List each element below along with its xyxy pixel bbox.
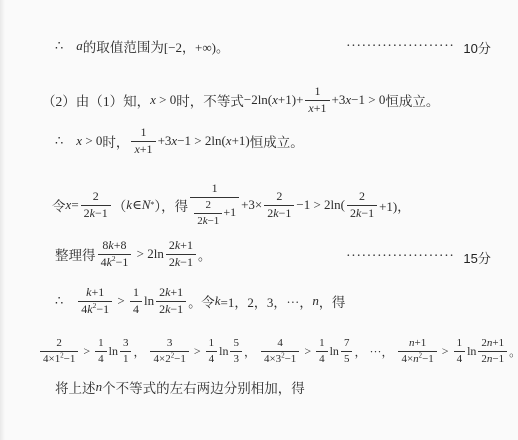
- math-run: +3: [332, 92, 346, 108]
- numerator: 1: [190, 182, 239, 198]
- final-instruction-line: 将上述n个不等式的左右两边分别相加，得: [55, 377, 305, 397]
- math-run: −1: [64, 353, 76, 365]
- math-run: [−2，+∞)。: [164, 37, 229, 56]
- fraction: 22k−1: [194, 199, 222, 227]
- denominator: 4: [316, 352, 328, 366]
- math-run: +1: [492, 337, 504, 349]
- denominator: 2k−1: [194, 214, 222, 228]
- math-run: 4: [209, 353, 215, 365]
- math-run: 1: [98, 337, 104, 349]
- text-run: （2）由（1）知，: [42, 90, 150, 110]
- therefore-inequality-line: ∴ x > 0时，1x+1+3x−1 > 2ln(x+1)恒成立。: [55, 122, 304, 160]
- math-run: >: [80, 344, 93, 359]
- math-run: 4: [133, 302, 139, 316]
- math-run: > 2ln: [133, 246, 163, 262]
- math-run: ， ⋯，: [354, 343, 396, 360]
- math-run: =1，2，3，⋯，: [221, 292, 313, 311]
- math-run: +1: [91, 285, 104, 299]
- numerator: 5: [230, 337, 242, 352]
- math-run: 。: [198, 245, 211, 264]
- math-run: −1: [170, 302, 183, 316]
- conclusion-range-line: ∴ a的取值范围为[−2，+∞)。: [55, 36, 229, 56]
- math-run: ln: [219, 344, 228, 359]
- numerator: 2: [264, 190, 294, 206]
- denominator: 2k−1: [347, 206, 377, 221]
- math-run: 7: [344, 337, 350, 349]
- math-run: −2ln(: [244, 92, 272, 108]
- math-run: 4: [319, 353, 325, 365]
- math-run: 1: [209, 337, 215, 349]
- math-run: > 0: [156, 92, 176, 108]
- math-run: ，: [244, 343, 259, 360]
- math-run: 2: [206, 199, 212, 211]
- denominator: 4×32−1: [261, 352, 299, 366]
- math-run: >: [114, 293, 128, 309]
- fraction: 1x+1: [131, 126, 155, 157]
- therefore-k-line: ∴ k+14k2−1 > 14ln2k+12k−1。令k=1，2，3，⋯，n，得: [55, 281, 345, 321]
- fraction: 1x+1: [305, 85, 329, 116]
- math-run: >: [301, 344, 314, 359]
- math-run: 5: [233, 337, 239, 349]
- numerator: 2: [347, 190, 377, 206]
- math-run: 1: [133, 285, 139, 299]
- math-run: 1: [319, 337, 325, 349]
- dotted-leader: ·····················: [346, 249, 454, 265]
- math-run: 2: [276, 189, 282, 203]
- math-run: ∴: [55, 293, 76, 309]
- math-run: +1)，: [379, 196, 410, 215]
- fraction: 14: [454, 337, 466, 365]
- fraction: 2k+12k−1: [156, 286, 186, 317]
- denominator: 4×12−1: [40, 352, 78, 366]
- math-run: −1: [422, 353, 434, 365]
- text-run: 恒成立。: [250, 131, 304, 151]
- math-run: 4×3: [264, 353, 281, 365]
- fraction: k+14k2−1: [78, 286, 112, 317]
- denominator: 4: [206, 352, 218, 366]
- math-run: 3: [233, 353, 239, 365]
- math-run: 3: [123, 337, 129, 349]
- score-label-15: 15分: [463, 248, 490, 267]
- fraction: 14: [316, 337, 328, 365]
- fraction: 75: [341, 337, 353, 365]
- math-run: +1: [223, 205, 236, 219]
- math-run: +1)+: [278, 92, 304, 108]
- numerator: 1: [206, 337, 218, 352]
- numerator: 1: [316, 337, 328, 352]
- math-run: 4: [98, 353, 104, 365]
- fraction: 53: [230, 337, 242, 365]
- math-run: −1: [285, 353, 297, 365]
- math-run: 1: [123, 353, 129, 365]
- fraction: 34×22−1: [150, 337, 188, 365]
- math-run: +1: [314, 101, 327, 115]
- dotted-leader: ·····················: [346, 39, 454, 55]
- math-run: =: [71, 197, 78, 213]
- text-run: 得: [332, 291, 346, 311]
- numerator: 1: [95, 337, 107, 352]
- step2-intro-line: （2）由（1）知，x > 0时，不等式−2ln(x+1)+1x+1+3x−1 >…: [42, 82, 439, 118]
- math-run: 。: [188, 292, 201, 311]
- math-run: +3×: [241, 197, 262, 213]
- text-run: 令: [201, 291, 215, 311]
- math-run: ln: [144, 293, 154, 309]
- numerator: n+1: [398, 337, 436, 352]
- math-run: >: [439, 344, 452, 359]
- text-run: 整理得: [55, 244, 96, 264]
- math-run: +1: [170, 285, 183, 299]
- denominator: 4k2−1: [98, 255, 132, 270]
- fraction: 24×12−1: [40, 337, 78, 365]
- math-run: 1: [314, 84, 320, 98]
- fraction: n+14×n2−1: [398, 337, 436, 365]
- denominator: 2k−1: [166, 255, 196, 270]
- numerator: 2k+1: [156, 286, 186, 302]
- math-run: +3: [158, 133, 172, 149]
- text-run: 恒成立。: [385, 90, 439, 110]
- math-run: −1 > 0: [351, 92, 385, 108]
- math-run: 4×: [401, 353, 413, 365]
- numerator: 2: [81, 190, 111, 206]
- math-run: ln: [467, 344, 476, 359]
- substitution-line: 令x=22k−1（k∈N*），得122k−1+1+3×22k−1−1 > 2ln…: [52, 176, 410, 234]
- denominator: 3: [230, 352, 242, 366]
- fraction: 8k+84k2−1: [98, 239, 132, 270]
- math-run: −1: [492, 353, 504, 365]
- score-marker-15: ····················· 15分: [346, 248, 491, 266]
- math-run: −1: [96, 302, 109, 316]
- numerator: k+1: [78, 286, 112, 302]
- text-run: （: [113, 195, 127, 215]
- math-run: 4×2: [153, 353, 170, 365]
- score-marker-10: ····················· 10分: [346, 38, 491, 56]
- numerator: 1: [130, 286, 142, 302]
- fraction: 14: [206, 337, 218, 365]
- numerator: 1: [131, 126, 155, 142]
- denominator: 4: [454, 352, 466, 366]
- denominator: 2k−1: [156, 302, 186, 317]
- math-run: −1: [279, 206, 292, 220]
- simplified-line: 整理得8k+84k2−1 > 2ln2k+12k−1。: [55, 234, 211, 274]
- numerator: 1: [305, 85, 329, 101]
- math-run: 4×1: [43, 353, 60, 365]
- math-run: −1: [116, 255, 129, 269]
- math-run: +8: [114, 238, 127, 252]
- math-run: 4: [277, 337, 283, 349]
- math-run: ∴: [55, 133, 76, 149]
- math-run: +1): [232, 133, 250, 149]
- numerator: 2n+1: [478, 337, 507, 352]
- math-run: −1 > 2ln(: [177, 133, 226, 149]
- math-run: +1: [180, 238, 193, 252]
- numerator: 3: [120, 337, 132, 352]
- math-run: ln: [109, 344, 118, 359]
- math-run: ∈: [132, 197, 142, 213]
- fraction: 44×32−1: [261, 337, 299, 365]
- fraction: 22k−1: [347, 190, 377, 221]
- text-run: 个不等式的左右两边分别相加，得: [102, 377, 305, 397]
- math-run: >: [191, 344, 204, 359]
- math-run: −1: [95, 206, 108, 220]
- fraction: 22k−1: [81, 190, 111, 221]
- math-run: −1: [180, 255, 193, 269]
- inequality-chain-line: 24×12−1 > 14ln31， 34×22−1 > 14ln53， 44×3…: [38, 330, 518, 372]
- text-run: ），得: [154, 195, 188, 215]
- score-label-10: 10分: [463, 38, 490, 57]
- math-run: 1: [141, 125, 147, 139]
- numerator: 2k+1: [166, 239, 196, 255]
- text-run: 时，不等式: [176, 90, 244, 110]
- math-run: 。: [509, 343, 518, 360]
- numerator: 7: [341, 337, 353, 352]
- fraction: 14: [95, 337, 107, 365]
- math-variable: N: [142, 197, 151, 213]
- denominator: 1: [120, 352, 132, 366]
- fraction: 2n+12n−1: [478, 337, 507, 365]
- math-run: 2: [56, 337, 62, 349]
- text-run: 令: [52, 195, 66, 215]
- numerator: 4: [261, 337, 299, 352]
- denominator: 2n−1: [478, 352, 507, 366]
- denominator: 5: [341, 352, 353, 366]
- numerator: 8k+8: [98, 239, 132, 255]
- numerator: 2: [194, 199, 222, 214]
- math-run: 3: [167, 337, 173, 349]
- denominator: 4×22−1: [150, 352, 188, 366]
- math-run: 4: [457, 353, 463, 365]
- math-run: ，: [133, 343, 148, 360]
- fraction: 122k−1+1: [190, 182, 239, 227]
- denominator: x+1: [131, 142, 155, 157]
- math-run: 1: [457, 337, 463, 349]
- denominator: 4: [130, 302, 142, 317]
- math-run: ∴: [55, 38, 76, 54]
- math-run: 2: [93, 189, 99, 203]
- math-run: ln: [330, 344, 339, 359]
- math-run: > 0: [82, 133, 102, 149]
- math-run: 2: [359, 189, 365, 203]
- math-run: +1: [140, 142, 153, 156]
- math-run: −1 > 2ln(: [296, 197, 345, 213]
- denominator: 4k2−1: [78, 302, 112, 317]
- fraction: 14: [130, 286, 142, 317]
- math-run: 1: [212, 181, 218, 195]
- denominator: 4×n2−1: [398, 352, 436, 366]
- fraction: 2k+12k−1: [166, 239, 196, 270]
- denominator: 22k−1+1: [190, 198, 239, 227]
- denominator: 2k−1: [81, 206, 111, 221]
- math-run: ，: [319, 292, 332, 311]
- text-run: 时，: [102, 131, 129, 151]
- text-run: 将上述: [55, 377, 96, 397]
- numerator: 1: [454, 337, 466, 352]
- numerator: 3: [150, 337, 188, 352]
- math-run: −1: [361, 206, 374, 220]
- math-run: +1: [415, 337, 427, 349]
- fraction: 22k−1: [264, 190, 294, 221]
- denominator: 2k−1: [264, 206, 294, 221]
- math-run: 5: [344, 353, 350, 365]
- math-run: −1: [208, 215, 220, 227]
- denominator: x+1: [305, 101, 329, 116]
- denominator: 4: [95, 352, 107, 366]
- numerator: 2: [40, 337, 78, 352]
- document-page: ∴ a的取值范围为[−2，+∞)。（2）由（1）知，x > 0时，不等式−2ln…: [0, 0, 518, 440]
- math-run: −1: [174, 353, 186, 365]
- text-run: 的取值范围为: [83, 36, 164, 56]
- fraction: 31: [120, 337, 132, 365]
